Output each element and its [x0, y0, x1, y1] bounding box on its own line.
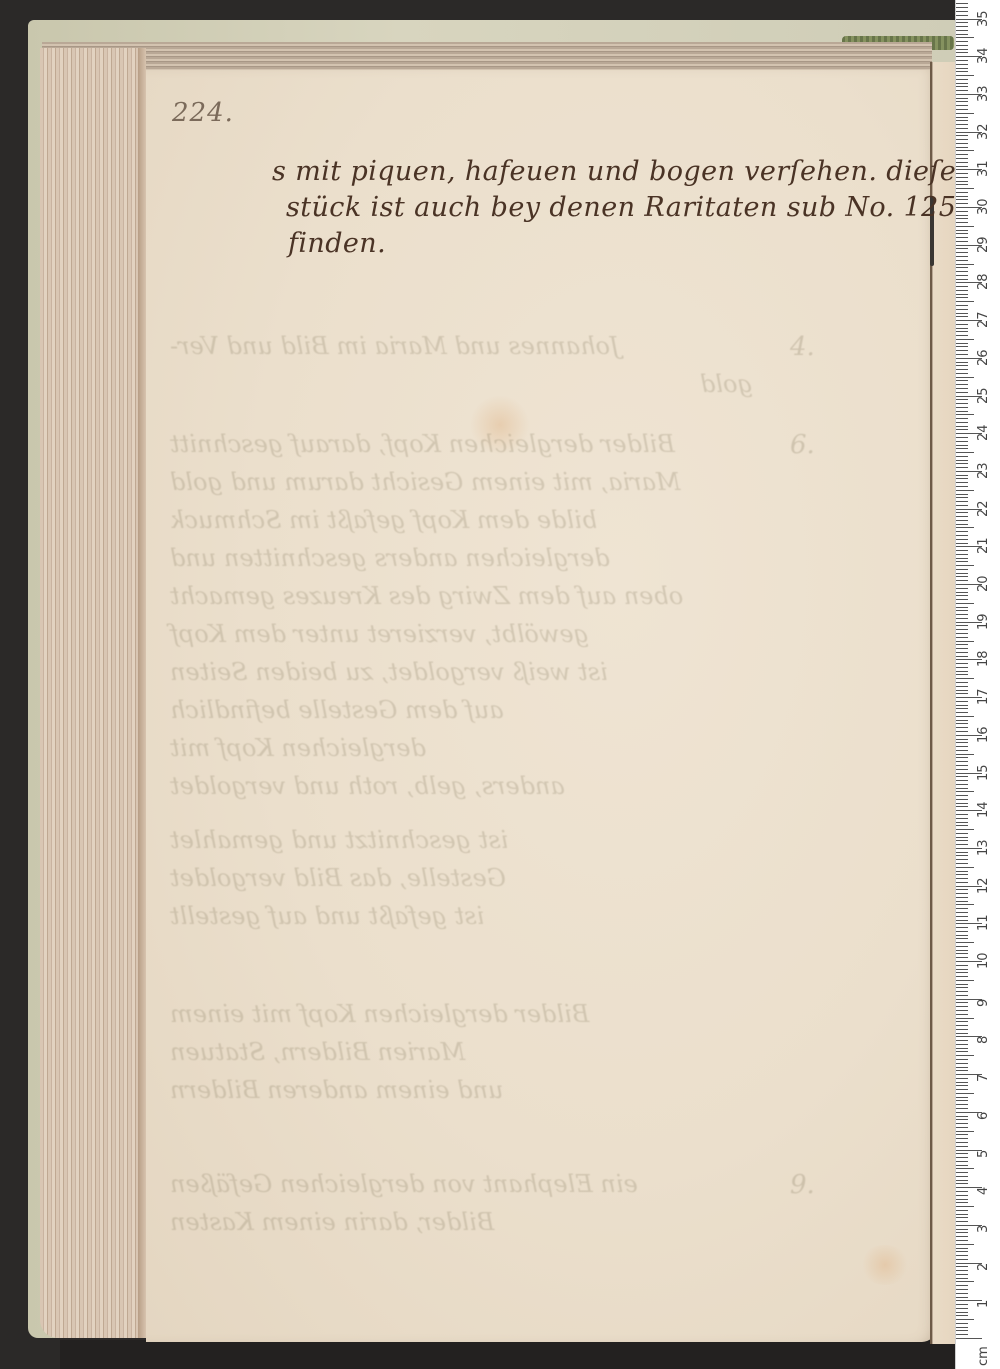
ruler-tick	[956, 1327, 968, 1328]
ruler-tick	[956, 426, 968, 427]
ruler-tick	[956, 478, 968, 479]
ruler-tick	[956, 90, 968, 91]
ruler-tick	[956, 350, 968, 351]
bleed-item-number: 6.	[790, 430, 815, 460]
ruler-tick	[956, 780, 968, 781]
ruler-tick	[956, 554, 968, 555]
ruler-label: 6	[976, 1090, 991, 1120]
ruler-tick	[956, 1195, 968, 1196]
ruler-tick	[956, 1070, 968, 1071]
ruler-tick	[956, 825, 968, 826]
ruler-tick	[956, 34, 968, 35]
ruler-tick	[956, 22, 968, 23]
ruler-tick	[956, 742, 968, 743]
ruler-tick	[956, 806, 968, 807]
ruler-tick	[956, 750, 968, 751]
ruler-tick	[956, 1051, 968, 1052]
ruler-tick	[956, 969, 968, 970]
ruler-tick	[956, 852, 968, 853]
ruler-tick	[956, 241, 968, 242]
ruler-tick	[956, 912, 968, 913]
ruler-tick	[956, 505, 968, 506]
ruler-tick	[956, 901, 968, 902]
ruler-tick	[956, 448, 968, 449]
ruler-tick	[956, 520, 968, 521]
ruler-tick	[956, 576, 968, 577]
ruler-tick	[956, 803, 968, 804]
ruler-tick	[956, 222, 968, 223]
foxing-stain	[860, 1245, 910, 1285]
ruler-tick	[956, 1338, 982, 1339]
ruler-tick	[956, 411, 968, 412]
ruler-tick	[956, 286, 968, 287]
ruler-tick	[956, 765, 968, 766]
ruler-tick	[956, 463, 968, 464]
ruler-tick	[956, 297, 968, 298]
ruler-tick	[956, 991, 968, 992]
bleed-line: gewölbt, verzieret unter dem Kopf	[170, 620, 589, 648]
ruler-tick	[956, 52, 968, 53]
ruler-tick	[956, 143, 968, 144]
ruler-tick	[956, 1285, 968, 1286]
ruler-tick	[956, 942, 974, 943]
ruler-tick	[956, 855, 968, 856]
ruler-tick	[956, 1025, 968, 1026]
ruler-label: 13	[976, 826, 991, 856]
ruler-tick	[956, 739, 968, 740]
ruler-tick	[956, 166, 968, 167]
ruler-tick	[956, 731, 968, 732]
bleed-item-number: 9.	[790, 1170, 815, 1200]
ruler-tick	[956, 1248, 968, 1249]
ruler-tick	[956, 674, 968, 675]
ruler-tick	[956, 456, 968, 457]
ruler-tick	[956, 1221, 968, 1222]
ruler-tick	[956, 897, 968, 898]
ruler-tick	[956, 324, 968, 325]
text-line: s mit piquen, hafeuen und bogen verſehen…	[272, 156, 956, 187]
ruler-tick	[956, 86, 968, 87]
ruler-tick	[956, 260, 968, 261]
ruler-tick	[956, 162, 968, 163]
ruler-tick	[956, 384, 968, 385]
ruler-tick	[956, 565, 974, 566]
bleed-line: Bilder dergleichen Kopf, darauf geschnit…	[170, 430, 675, 458]
ruler-tick	[956, 3, 968, 4]
ruler-tick	[956, 1180, 968, 1181]
ruler-tick	[956, 294, 968, 295]
ruler-tick	[956, 648, 968, 649]
ruler-tick	[956, 516, 968, 517]
ruler-tick	[956, 859, 968, 860]
ruler-tick	[956, 1278, 968, 1279]
ruler-label: 25	[976, 374, 991, 404]
ruler-tick	[956, 603, 974, 604]
ruler-tick	[956, 1210, 968, 1211]
ruler-tick	[956, 1123, 968, 1124]
ruler-tick	[956, 441, 968, 442]
ruler-tick	[956, 196, 968, 197]
ruler-tick	[956, 935, 968, 936]
ruler-tick	[956, 524, 968, 525]
ruler-tick	[956, 407, 968, 408]
ruler-tick	[956, 629, 968, 630]
ruler-tick	[956, 1157, 968, 1158]
ruler-tick	[956, 252, 968, 253]
ruler-tick	[956, 644, 968, 645]
ruler-tick	[956, 203, 968, 204]
ruler-tick	[956, 656, 968, 657]
ruler-tick	[956, 362, 968, 363]
ruler-tick	[956, 1289, 968, 1290]
ruler-tick	[956, 1146, 968, 1147]
ruler-tick	[956, 950, 968, 951]
ruler-tick	[956, 113, 974, 114]
bleed-line: und einem anderen Bildern	[170, 1076, 503, 1104]
bleed-line: ist gefaßt und auf gestellt	[170, 902, 484, 930]
ruler-tick	[956, 833, 968, 834]
ruler-tick	[956, 863, 968, 864]
ruler-tick	[956, 580, 968, 581]
ruler-tick	[956, 995, 968, 996]
ruler-tick	[956, 215, 968, 216]
ruler-label: 34	[976, 34, 991, 64]
ruler-tick	[956, 1202, 968, 1203]
ruler-label: 16	[976, 713, 991, 743]
ruler-tick	[956, 418, 968, 419]
ruler-tick	[956, 965, 968, 966]
ruler-tick	[956, 497, 968, 498]
ruler-tick	[956, 192, 968, 193]
ruler-tick	[956, 264, 974, 265]
ruler-tick	[956, 1244, 974, 1245]
ruler-tick	[956, 531, 968, 532]
bleed-line: gold	[700, 370, 753, 398]
ruler-tick	[956, 1293, 968, 1294]
ruler-tick	[956, 1217, 968, 1218]
ruler-tick	[956, 467, 968, 468]
bleed-line: anders, gelb, roth und vergoldet	[170, 772, 565, 800]
ruler-tick	[956, 980, 974, 981]
ruler-tick	[956, 607, 968, 608]
ruler-tick	[956, 1168, 974, 1169]
ruler-tick	[956, 237, 968, 238]
ruler-tick	[956, 1006, 968, 1007]
ruler-tick	[956, 727, 968, 728]
ruler-tick	[956, 501, 968, 502]
bleed-line: Bilder dergleichen Kopf mit einem	[170, 1000, 589, 1028]
ruler-tick	[956, 592, 968, 593]
ruler-tick	[956, 1116, 968, 1117]
bleed-line: bilde dem Kopf gefaßt im Schmuck	[170, 506, 597, 534]
ruler-label: 31	[976, 147, 991, 177]
ruler-tick	[956, 938, 968, 939]
ruler-tick	[956, 686, 968, 687]
ruler-tick	[956, 633, 968, 634]
ruler-tick	[956, 377, 974, 378]
ruler-tick	[956, 339, 974, 340]
bleed-line: Gestelle, das Bild vergoldet	[170, 864, 506, 892]
fore-edge-page-stack	[40, 48, 146, 1338]
ruler-tick	[956, 105, 968, 106]
bleed-line: dergleichen Kopf mit	[170, 734, 426, 762]
bleed-item-number: 4.	[790, 332, 815, 362]
ruler-tick	[956, 1014, 968, 1015]
ruler-tick	[956, 920, 968, 921]
ruler-tick	[956, 279, 968, 280]
ruler-tick	[956, 1232, 968, 1233]
ruler-tick	[956, 392, 968, 393]
ruler-tick	[956, 275, 968, 276]
ruler-tick	[956, 1206, 974, 1207]
ruler-tick	[956, 818, 968, 819]
ruler-tick	[956, 248, 968, 249]
ruler-tick	[956, 331, 968, 332]
ruler-tick	[956, 837, 968, 838]
ruler-tick	[956, 757, 968, 758]
ruler-label: 14	[976, 788, 991, 818]
ruler-tick	[956, 422, 968, 423]
ruler-tick	[956, 41, 968, 42]
ruler-tick	[956, 927, 968, 928]
top-page-edges	[42, 42, 932, 72]
ruler-tick	[956, 1172, 968, 1173]
ruler-tick	[956, 1259, 968, 1260]
ruler-label: 3	[976, 1203, 991, 1233]
ruler-tick	[956, 916, 968, 917]
ruler-unit-label: cm	[976, 1336, 991, 1366]
ruler-tick	[956, 705, 968, 706]
ruler-tick	[956, 723, 968, 724]
ruler-tick	[956, 181, 968, 182]
ruler-tick	[956, 30, 968, 31]
ruler-tick	[956, 68, 968, 69]
ruler-tick	[956, 135, 968, 136]
bleed-line: ein Elephant von dergleichen Gefäßen	[170, 1170, 638, 1198]
ruler-tick	[956, 1270, 968, 1271]
ruler-tick	[956, 946, 968, 947]
ruler-tick	[956, 1199, 968, 1200]
ruler-tick	[956, 7, 968, 8]
ruler-tick	[956, 844, 968, 845]
ruler-tick	[956, 829, 974, 830]
ruler-tick	[956, 290, 968, 291]
ruler-tick	[956, 1078, 968, 1079]
ruler-tick	[956, 874, 968, 875]
ruler-tick	[956, 369, 968, 370]
ruler-tick	[956, 1040, 968, 1041]
measurement-ruler: cm 1234567891011121314151617181920212223…	[955, 0, 1000, 1369]
ruler-tick	[956, 124, 968, 125]
ruler-tick	[956, 1229, 968, 1230]
ruler-tick	[956, 15, 968, 16]
ruler-tick	[956, 1002, 968, 1003]
ruler-tick	[956, 120, 968, 121]
ruler-tick	[956, 64, 968, 65]
ruler-tick	[956, 1281, 974, 1282]
ruler-tick	[956, 256, 968, 257]
ruler-tick	[956, 343, 968, 344]
ruler-tick	[956, 1033, 968, 1034]
ruler-tick	[956, 1048, 968, 1049]
ruler-tick	[956, 976, 968, 977]
ruler-label: 19	[976, 600, 991, 630]
ruler-tick	[956, 1236, 968, 1237]
ruler-tick	[956, 690, 968, 691]
ruler-label: 11	[976, 901, 991, 931]
ruler-tick	[956, 335, 968, 336]
ruler-tick	[956, 663, 968, 664]
ruler-tick	[956, 904, 974, 905]
ruler-tick	[956, 445, 968, 446]
ruler-tick	[956, 882, 968, 883]
ruler-tick	[956, 429, 968, 430]
ruler-tick	[956, 305, 968, 306]
ruler-tick	[956, 543, 968, 544]
ruler-tick	[956, 761, 968, 762]
ruler-tick	[956, 957, 968, 958]
ruler-tick	[956, 83, 968, 84]
ruler-tick	[956, 776, 968, 777]
ruler-tick	[956, 1308, 968, 1309]
ruler-tick	[956, 788, 968, 789]
ruler-label: 21	[976, 524, 991, 554]
ruler-label: 26	[976, 336, 991, 366]
ruler-tick	[956, 388, 968, 389]
ruler-label: 23	[976, 449, 991, 479]
ruler-tick	[956, 1044, 968, 1045]
ruler-label: 28	[976, 260, 991, 290]
ruler-tick	[956, 795, 968, 796]
ruler-tick	[956, 1010, 968, 1011]
bleed-line: Marien Bildern, Statuen	[170, 1038, 465, 1066]
ruler-tick	[956, 26, 968, 27]
ruler-tick	[956, 878, 968, 879]
ruler-tick	[956, 610, 968, 611]
ruler-label: 5	[976, 1128, 991, 1158]
ruler-label: 27	[976, 298, 991, 328]
ruler-tick	[956, 150, 974, 151]
ruler-label: 1	[976, 1278, 991, 1308]
ruler-tick	[956, 1312, 968, 1313]
ruler-tick	[956, 1165, 968, 1166]
ruler-tick	[956, 1085, 968, 1086]
ruler-tick	[956, 177, 968, 178]
ruler-tick	[956, 1089, 968, 1090]
ruler-tick	[956, 569, 968, 570]
ruler-tick	[956, 614, 968, 615]
ruler-tick	[956, 987, 968, 988]
bleed-line: Bilder, darin einem Kasten	[170, 1208, 494, 1236]
ruler-tick	[956, 1059, 968, 1060]
ruler-label: 7	[976, 1052, 991, 1082]
ruler-tick	[956, 512, 968, 513]
ruler-tick	[956, 316, 968, 317]
ruler-tick	[956, 1161, 968, 1162]
ruler-tick	[956, 1067, 968, 1068]
ruler-tick	[956, 701, 968, 702]
ruler-tick	[956, 75, 974, 76]
facing-page	[930, 62, 958, 1344]
ruler-tick	[956, 561, 968, 562]
ruler-label: 22	[976, 487, 991, 517]
ruler-label: 12	[976, 864, 991, 894]
bleed-line: oben auf dem Zwirg des Kreuzes gemacht	[170, 582, 683, 610]
ruler-label: 10	[976, 939, 991, 969]
ruler-tick	[956, 671, 968, 672]
ruler-tick	[956, 867, 974, 868]
ruler-tick	[956, 908, 968, 909]
ruler-tick	[956, 109, 968, 110]
ruler-tick	[956, 1334, 968, 1335]
ruler-tick	[956, 708, 968, 709]
ruler-tick	[956, 682, 968, 683]
ruler-tick	[956, 1153, 968, 1154]
ruler-tick	[956, 173, 968, 174]
ruler-tick	[956, 482, 968, 483]
ruler-tick	[956, 49, 968, 50]
ruler-tick	[956, 486, 968, 487]
ruler-tick	[956, 230, 968, 231]
ruler-tick	[956, 188, 974, 189]
ruler-tick	[956, 822, 968, 823]
ruler-tick	[956, 931, 968, 932]
ruler-tick	[956, 1131, 974, 1132]
ruler-tick	[956, 399, 968, 400]
ruler-tick	[956, 618, 968, 619]
ruler-label: 8	[976, 1014, 991, 1044]
ruler-tick	[956, 678, 974, 679]
ruler-tick	[956, 490, 974, 491]
ruler-tick	[956, 233, 968, 234]
ruler-tick	[956, 1304, 968, 1305]
ruler-tick	[956, 301, 974, 302]
ruler-tick	[956, 128, 968, 129]
bottom-shadow	[60, 1340, 960, 1369]
ruler-tick	[956, 984, 968, 985]
ruler-tick	[956, 1029, 968, 1030]
ruler-tick	[956, 1315, 968, 1316]
ruler-tick	[956, 414, 974, 415]
ruler-tick	[956, 1097, 968, 1098]
ruler-label: 33	[976, 72, 991, 102]
ruler-tick	[956, 1323, 968, 1324]
ruler-tick	[956, 573, 968, 574]
ruler-tick	[956, 799, 968, 800]
ruler-tick	[956, 1104, 968, 1105]
ruler-tick	[956, 1142, 968, 1143]
bleed-line: dergleichen anders geschnitten und	[170, 544, 610, 572]
ruler-tick	[956, 712, 968, 713]
ruler-tick	[956, 1093, 974, 1094]
ruler-tick	[956, 403, 968, 404]
ruler-label: 17	[976, 675, 991, 705]
ruler-tick	[956, 784, 968, 785]
ruler-tick	[956, 889, 968, 890]
ruler-label: 18	[976, 637, 991, 667]
ruler-tick	[956, 1330, 968, 1331]
ruler-label: 20	[976, 562, 991, 592]
ruler-tick	[956, 754, 974, 755]
ruler-tick	[956, 814, 968, 815]
ruler-tick	[956, 871, 968, 872]
ruler-label: 2	[976, 1241, 991, 1271]
ruler-tick	[956, 218, 968, 219]
ruler-tick	[956, 746, 968, 747]
bleed-line: Maria, mit einem Gesicht darum und gold	[170, 468, 681, 496]
ruler-tick	[956, 154, 968, 155]
ruler-tick	[956, 588, 968, 589]
